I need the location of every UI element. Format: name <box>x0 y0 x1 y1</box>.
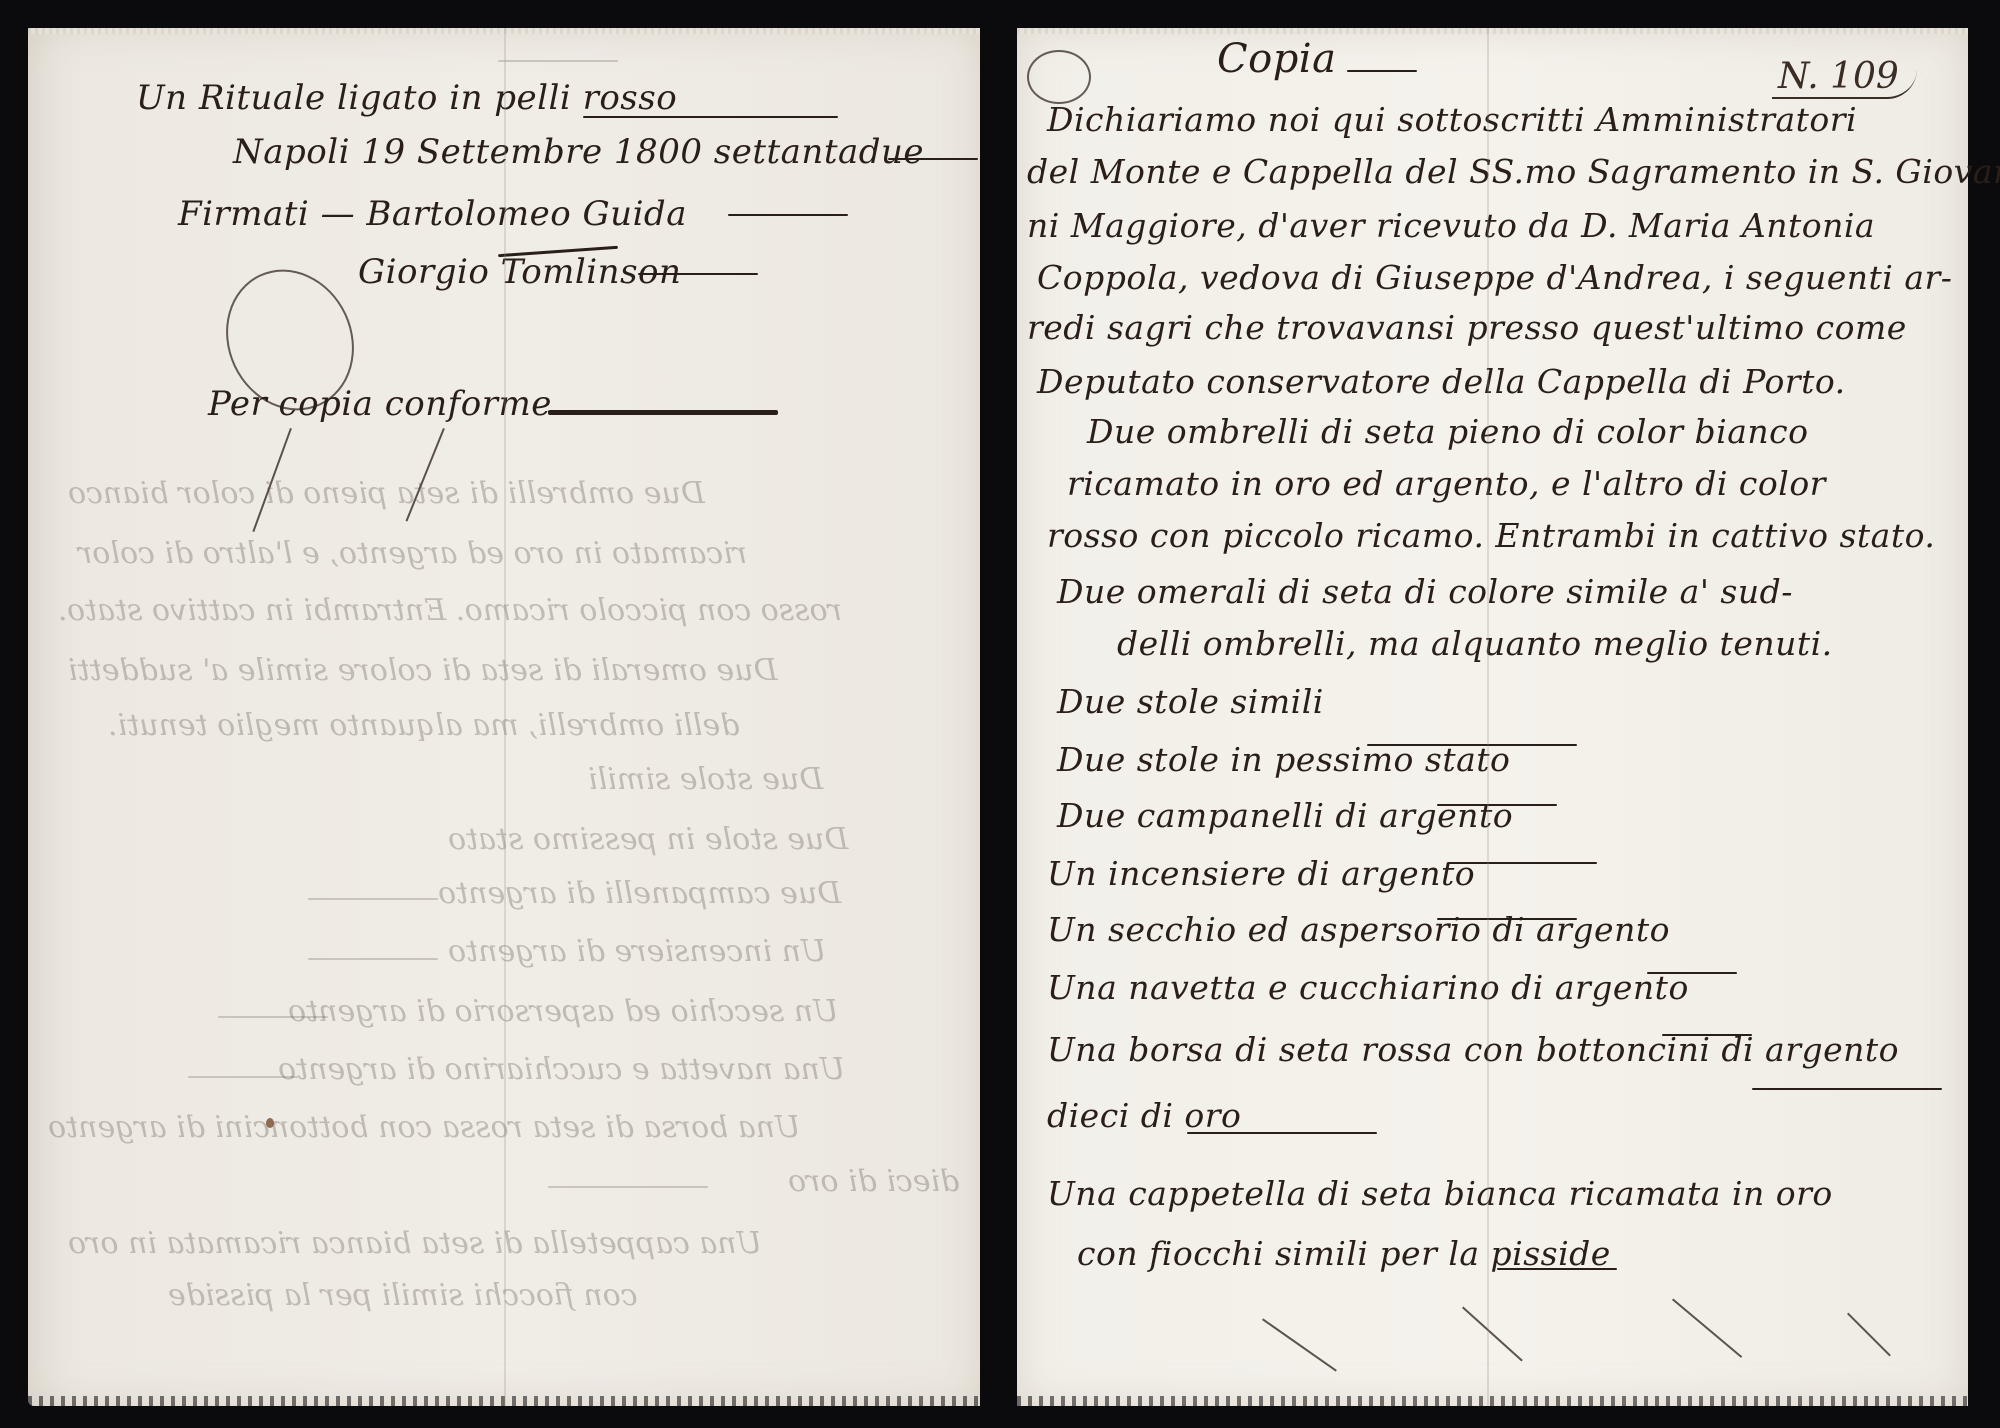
deckle-edge-top <box>28 28 980 34</box>
right-line-4: Coppola, vedova di Giuseppe d'Andrea, i … <box>1037 258 1952 297</box>
closing-stroke <box>1262 1318 1337 1371</box>
line-rule <box>728 214 848 216</box>
right-line-6: Deputato conservatore della Cappella di … <box>1037 362 1846 401</box>
bleed-through-line: Una cappetella di seta bianca ricamata i… <box>68 1226 762 1261</box>
item-underline <box>1752 1088 1942 1090</box>
left-line-4-signature: Giorgio Tomlinson <box>358 252 681 292</box>
inventory-item-1: Due ombrelli di seta pieno di color bian… <box>1087 412 1809 451</box>
inventory-item-2-cont: delli ombrelli, ma alquanto meglio tenut… <box>1117 624 1833 663</box>
left-manuscript-page: Un Rituale ligato in pelli rosso Napoli … <box>28 28 980 1406</box>
bleed-through-line: Due stole in pessimo stato <box>448 822 848 857</box>
inventory-item-4: Due stole in pessimo stato <box>1057 740 1510 779</box>
inventory-item-10: Una cappetella di seta bianca ricamata i… <box>1047 1174 1833 1213</box>
bleed-through-line: Due campanelli di argento <box>438 876 841 911</box>
closing-stroke <box>1672 1298 1742 1357</box>
bleed-through-line: Un secchio ed aspersorio di argento <box>288 994 838 1029</box>
bleed-through-line: ricamato in oro ed argento, e l'altro di… <box>78 536 747 571</box>
closing-stroke <box>1847 1313 1891 1357</box>
inventory-item-5: Due campanelli di argento <box>1057 796 1513 835</box>
bleed-through-rule <box>548 1186 708 1188</box>
header-scribble <box>498 60 618 62</box>
inventory-item-2: Due omerali di seta di colore simile a' … <box>1057 572 1793 611</box>
conform-underline <box>548 410 778 415</box>
item-rule <box>1497 1268 1617 1270</box>
bleed-through-line: Una navetta e cucchiarino di argento <box>278 1052 845 1087</box>
heading-copia: Copia <box>1217 36 1336 82</box>
inventory-item-8: Una navetta e cucchiarino di argento <box>1047 968 1689 1007</box>
bleed-through-rule <box>308 958 438 960</box>
bleed-through-line: Un incensiere di argento <box>448 934 826 969</box>
bleed-through-line: Due omerali di seta di colore simile a' … <box>68 653 778 688</box>
bleed-through-line: con fiocchi simili per la pisside <box>168 1278 638 1313</box>
deckle-edge-bottom <box>28 1396 980 1406</box>
inventory-item-6: Un incensiere di argento <box>1047 854 1475 893</box>
inventory-item-7: Un secchio ed aspersorio di argento <box>1047 910 1670 949</box>
inventory-item-9-cont: dieci di oro <box>1047 1096 1241 1135</box>
left-line-1: Un Rituale ligato in pelli rosso <box>136 78 677 118</box>
bleed-through-line: dieci di oro <box>788 1164 959 1199</box>
line-rule <box>583 116 838 118</box>
flourish-loop <box>1027 50 1091 104</box>
bleed-through-line: Una borsa di seta rossa con bottoncini d… <box>48 1110 800 1145</box>
closing-stroke <box>1462 1307 1523 1362</box>
bleed-through-line: rosso con piccolo ricamo. Entrambi in ca… <box>58 593 842 628</box>
bleed-through-line: Due stole simili <box>588 762 823 797</box>
right-manuscript-page: Copia N. 109 Dichiariamo noi qui sottosc… <box>1017 28 1968 1406</box>
bleed-through-line: delli ombrelli, ma alquanto meglio tenut… <box>108 708 740 743</box>
ink-stain <box>266 1118 274 1128</box>
page-number: N. 109 <box>1772 56 1917 99</box>
right-line-5: redi sagri che trovavansi presso quest'u… <box>1027 308 1907 347</box>
deckle-edge-bottom <box>1017 1396 1968 1406</box>
inventory-item-3: Due stole simili <box>1057 682 1324 721</box>
deckle-edge-top <box>1017 28 1968 34</box>
left-line-3-signatures: Firmati — Bartolomeo Guida <box>178 194 687 234</box>
right-line-3: ni Maggiore, d'aver ricevuto da D. Maria… <box>1027 206 1875 245</box>
right-line-1: Dichiariamo noi qui sottoscritti Amminis… <box>1047 100 1857 139</box>
heading-underline <box>1347 70 1417 72</box>
bleed-through-line: Due ombrelli di seta pieno di color bian… <box>68 476 705 511</box>
inventory-item-1-cont: ricamato in oro ed argento, e l'altro di… <box>1067 464 1826 503</box>
bleed-through-rule <box>308 898 438 900</box>
line-rule <box>638 273 758 275</box>
inventory-item-1-cont2: rosso con piccolo ricamo. Entrambi in ca… <box>1047 516 1935 555</box>
right-line-2: del Monte e Cappella del SS.mo Sagrament… <box>1027 152 2000 191</box>
left-line-5-copy-conform: Per copia conforme <box>208 384 552 424</box>
item-rule <box>1187 1132 1377 1134</box>
line-rule <box>888 158 978 160</box>
inventory-item-9: Una borsa di seta rossa con bottoncini d… <box>1047 1030 1899 1069</box>
left-line-2: Napoli 19 Settembre 1800 settantadue <box>233 132 924 172</box>
